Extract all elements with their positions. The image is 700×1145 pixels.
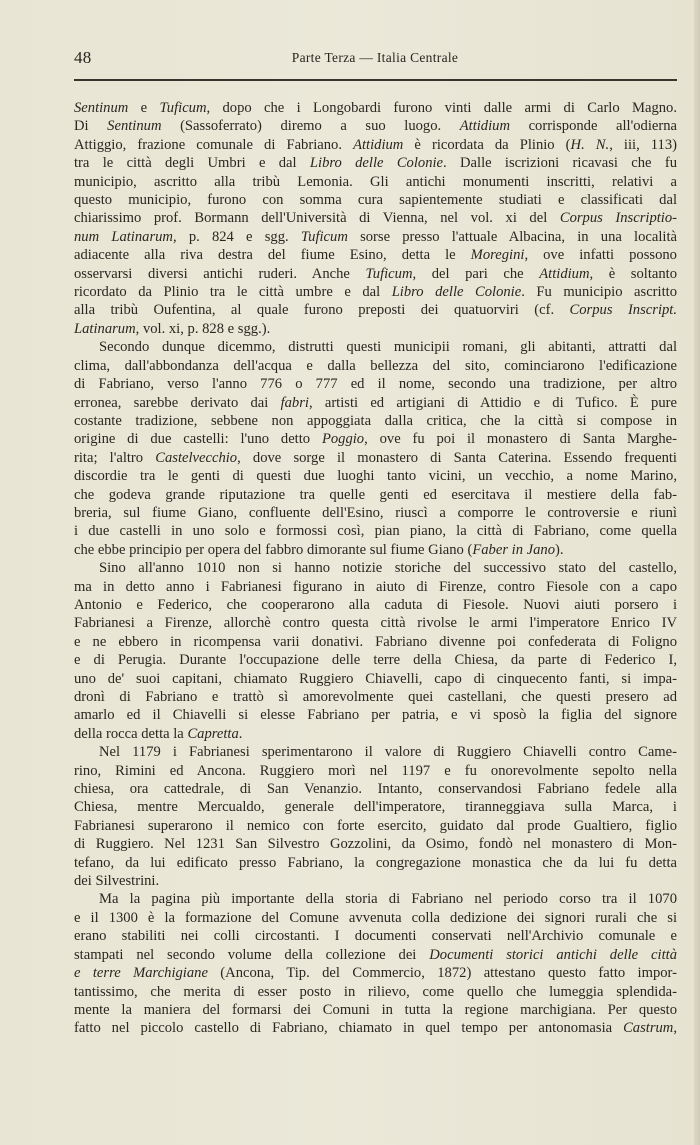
text-line: tefano, da lui edificato presso Fabriano… (74, 854, 677, 872)
text-line: e terre Marchigiane (Ancona, Tip. del Co… (74, 964, 677, 982)
text-line: origine di due castelli: l'uno detto Pog… (74, 430, 677, 448)
text-line: osservarsi diversi antichi ruderi. Anche… (74, 265, 677, 283)
text-line: ma in detto anno i Fabrianesi figurano i… (74, 578, 677, 596)
text-line: che godeva grande riputazione tra quelle… (74, 486, 677, 504)
text-line: Fabrianesi a Firenze, allorchè contro qu… (74, 614, 677, 632)
italic-text: num Latinarum (74, 229, 173, 245)
text-line: Sino all'anno 1010 non si hanno notizie … (74, 559, 677, 577)
text-line: e ne ebbero in ricompensa varii donativi… (74, 633, 677, 651)
text-line: i due castelli in uno solo e formossi co… (74, 522, 677, 540)
italic-text: Documenti storici antichi delle città (429, 947, 677, 963)
italic-text: fabri (281, 395, 309, 411)
italic-text: Sentinum (74, 100, 128, 116)
paragraph: Secondo dunque dicemmo, distrutti questi… (74, 338, 677, 559)
text-line: clima, dall'abbondanza dell'acqua e dall… (74, 357, 677, 375)
text-line: mente la maniera del formarsi dei Comuni… (74, 1001, 677, 1019)
italic-text: Attidium (353, 137, 403, 153)
page-edge (694, 0, 700, 1145)
text-line: e il 1300 è la formazione del Comune avv… (74, 909, 677, 927)
text-line: municipio, ascritto alla tribù Lemonia. … (74, 173, 677, 191)
text-line: costante tradizione, sebbene non appoggi… (74, 412, 677, 430)
text-line: di Ruggiero. Nel 1231 San Silvestro Gozz… (74, 835, 677, 853)
italic-text: Tuficum (159, 100, 206, 116)
running-title: Parte Terza — Italia Centrale (74, 50, 676, 66)
text-line: amarlo ed il Chiavelli si elesse Fabrian… (74, 706, 677, 724)
text-line: ricordato da Plinio tra le città umbre e… (74, 283, 677, 301)
text-line: chiesa, ora cattedrale, di San Venanzio.… (74, 780, 677, 798)
text-line: dronì di Fabriano e trattò sì amorevolme… (74, 688, 677, 706)
italic-text: Tuficum (365, 266, 412, 282)
text-line: fatto nel piccolo castello di Fabriano, … (74, 1019, 677, 1037)
italic-text: Sentinum (107, 118, 161, 134)
text-line: discordie tra le genti di questi due luo… (74, 467, 677, 485)
italic-text: Attidium (539, 266, 589, 282)
text-line: Chiesa, mentre Mercualdo, generale dell'… (74, 798, 677, 816)
italic-text: Libro delle Colonie (392, 284, 522, 300)
paragraph: Ma la pagina più importante della storia… (74, 890, 677, 1037)
text-line: questo municipio, furono con somma cura … (74, 191, 677, 209)
italic-text: Tuficum (301, 229, 348, 245)
book-page: 48 Parte Terza — Italia Centrale Sentinu… (0, 0, 700, 1145)
text-line: Fabrianesi superarono il nemico con fort… (74, 817, 677, 835)
text-line: tantissimo, che merita di esser posto in… (74, 983, 677, 1001)
paragraph: Nel 1179 i Fabrianesi sperimentarono il … (74, 743, 677, 890)
text-line: che ebbe principio per opera del fabbro … (74, 541, 677, 559)
text-line: erronea, sarebbe derivato dai fabri, art… (74, 394, 677, 412)
text-line: alla tribù Oufentina, al quale furono pr… (74, 301, 677, 319)
italic-text: Attidium (460, 118, 510, 134)
italic-text: Capretta (187, 726, 238, 742)
text-line: dei Silvestrini. (74, 872, 677, 890)
page-header: 48 Parte Terza — Italia Centrale (74, 48, 676, 72)
text-line: Ma la pagina più importante della storia… (74, 890, 677, 908)
body-text: Sentinum e Tuficum, dopo che i Longobard… (74, 99, 677, 1038)
text-line: rita; l'altro Castelvecchio, dove sorge … (74, 449, 677, 467)
italic-text: Castrum (623, 1020, 673, 1036)
paragraph: Sino all'anno 1010 non si hanno notizie … (74, 559, 677, 743)
text-line: Di Sentinum (Sassoferrato) diremo a suo … (74, 117, 677, 135)
italic-text: H. N. (571, 137, 610, 153)
text-line: Sentinum e Tuficum, dopo che i Longobard… (74, 99, 677, 117)
text-line: Latinarum, vol. xi, p. 828 e sgg.). (74, 320, 677, 338)
text-line: tra le città degli Umbri e dal Libro del… (74, 154, 677, 172)
text-line: uno de' suoi capitani, chiamato Ruggiero… (74, 670, 677, 688)
italic-text: Latinarum (74, 321, 136, 337)
text-line: e di Perugia. Durante l'occupazione dell… (74, 651, 677, 669)
text-line: chiarissimo prof. Bormann dell'Universit… (74, 209, 677, 227)
italic-text: Corpus Inscriptio- (560, 210, 677, 226)
text-line: Secondo dunque dicemmo, distrutti questi… (74, 338, 677, 356)
text-line: di Fabriano, verso l'anno 776 o 777 ed i… (74, 375, 677, 393)
header-rule (74, 79, 677, 81)
italic-text: e terre Marchigiane (74, 965, 208, 981)
text-line: stampati nel secondo volume della collez… (74, 946, 677, 964)
text-line: Antonio e Federico, che cooperarono alla… (74, 596, 677, 614)
text-line: Attiggio, frazione comunale di Fabriano.… (74, 136, 677, 154)
paragraph: Sentinum e Tuficum, dopo che i Longobard… (74, 99, 677, 338)
italic-text: Corpus Inscript. (570, 302, 677, 318)
text-line: Nel 1179 i Fabrianesi sperimentarono il … (74, 743, 677, 761)
text-line: breria, sul fiume Giano, confluente dell… (74, 504, 677, 522)
italic-text: Moregini (471, 247, 525, 263)
italic-text: Faber in Jano (472, 542, 555, 558)
text-line: rino, Rimini ed Ancona. Ruggiero morì ne… (74, 762, 677, 780)
italic-text: Castelvecchio (155, 450, 237, 466)
text-line: della rocca detta la Capretta. (74, 725, 677, 743)
text-line: erano stabiliti nei colli circostanti. I… (74, 927, 677, 945)
text-line: num Latinarum, p. 824 e sgg. Tuficum sor… (74, 228, 677, 246)
text-line: adiacente alla riva destra del fiume Esi… (74, 246, 677, 264)
italic-text: Poggio (322, 431, 364, 447)
italic-text: Libro delle Colonie (310, 155, 443, 171)
